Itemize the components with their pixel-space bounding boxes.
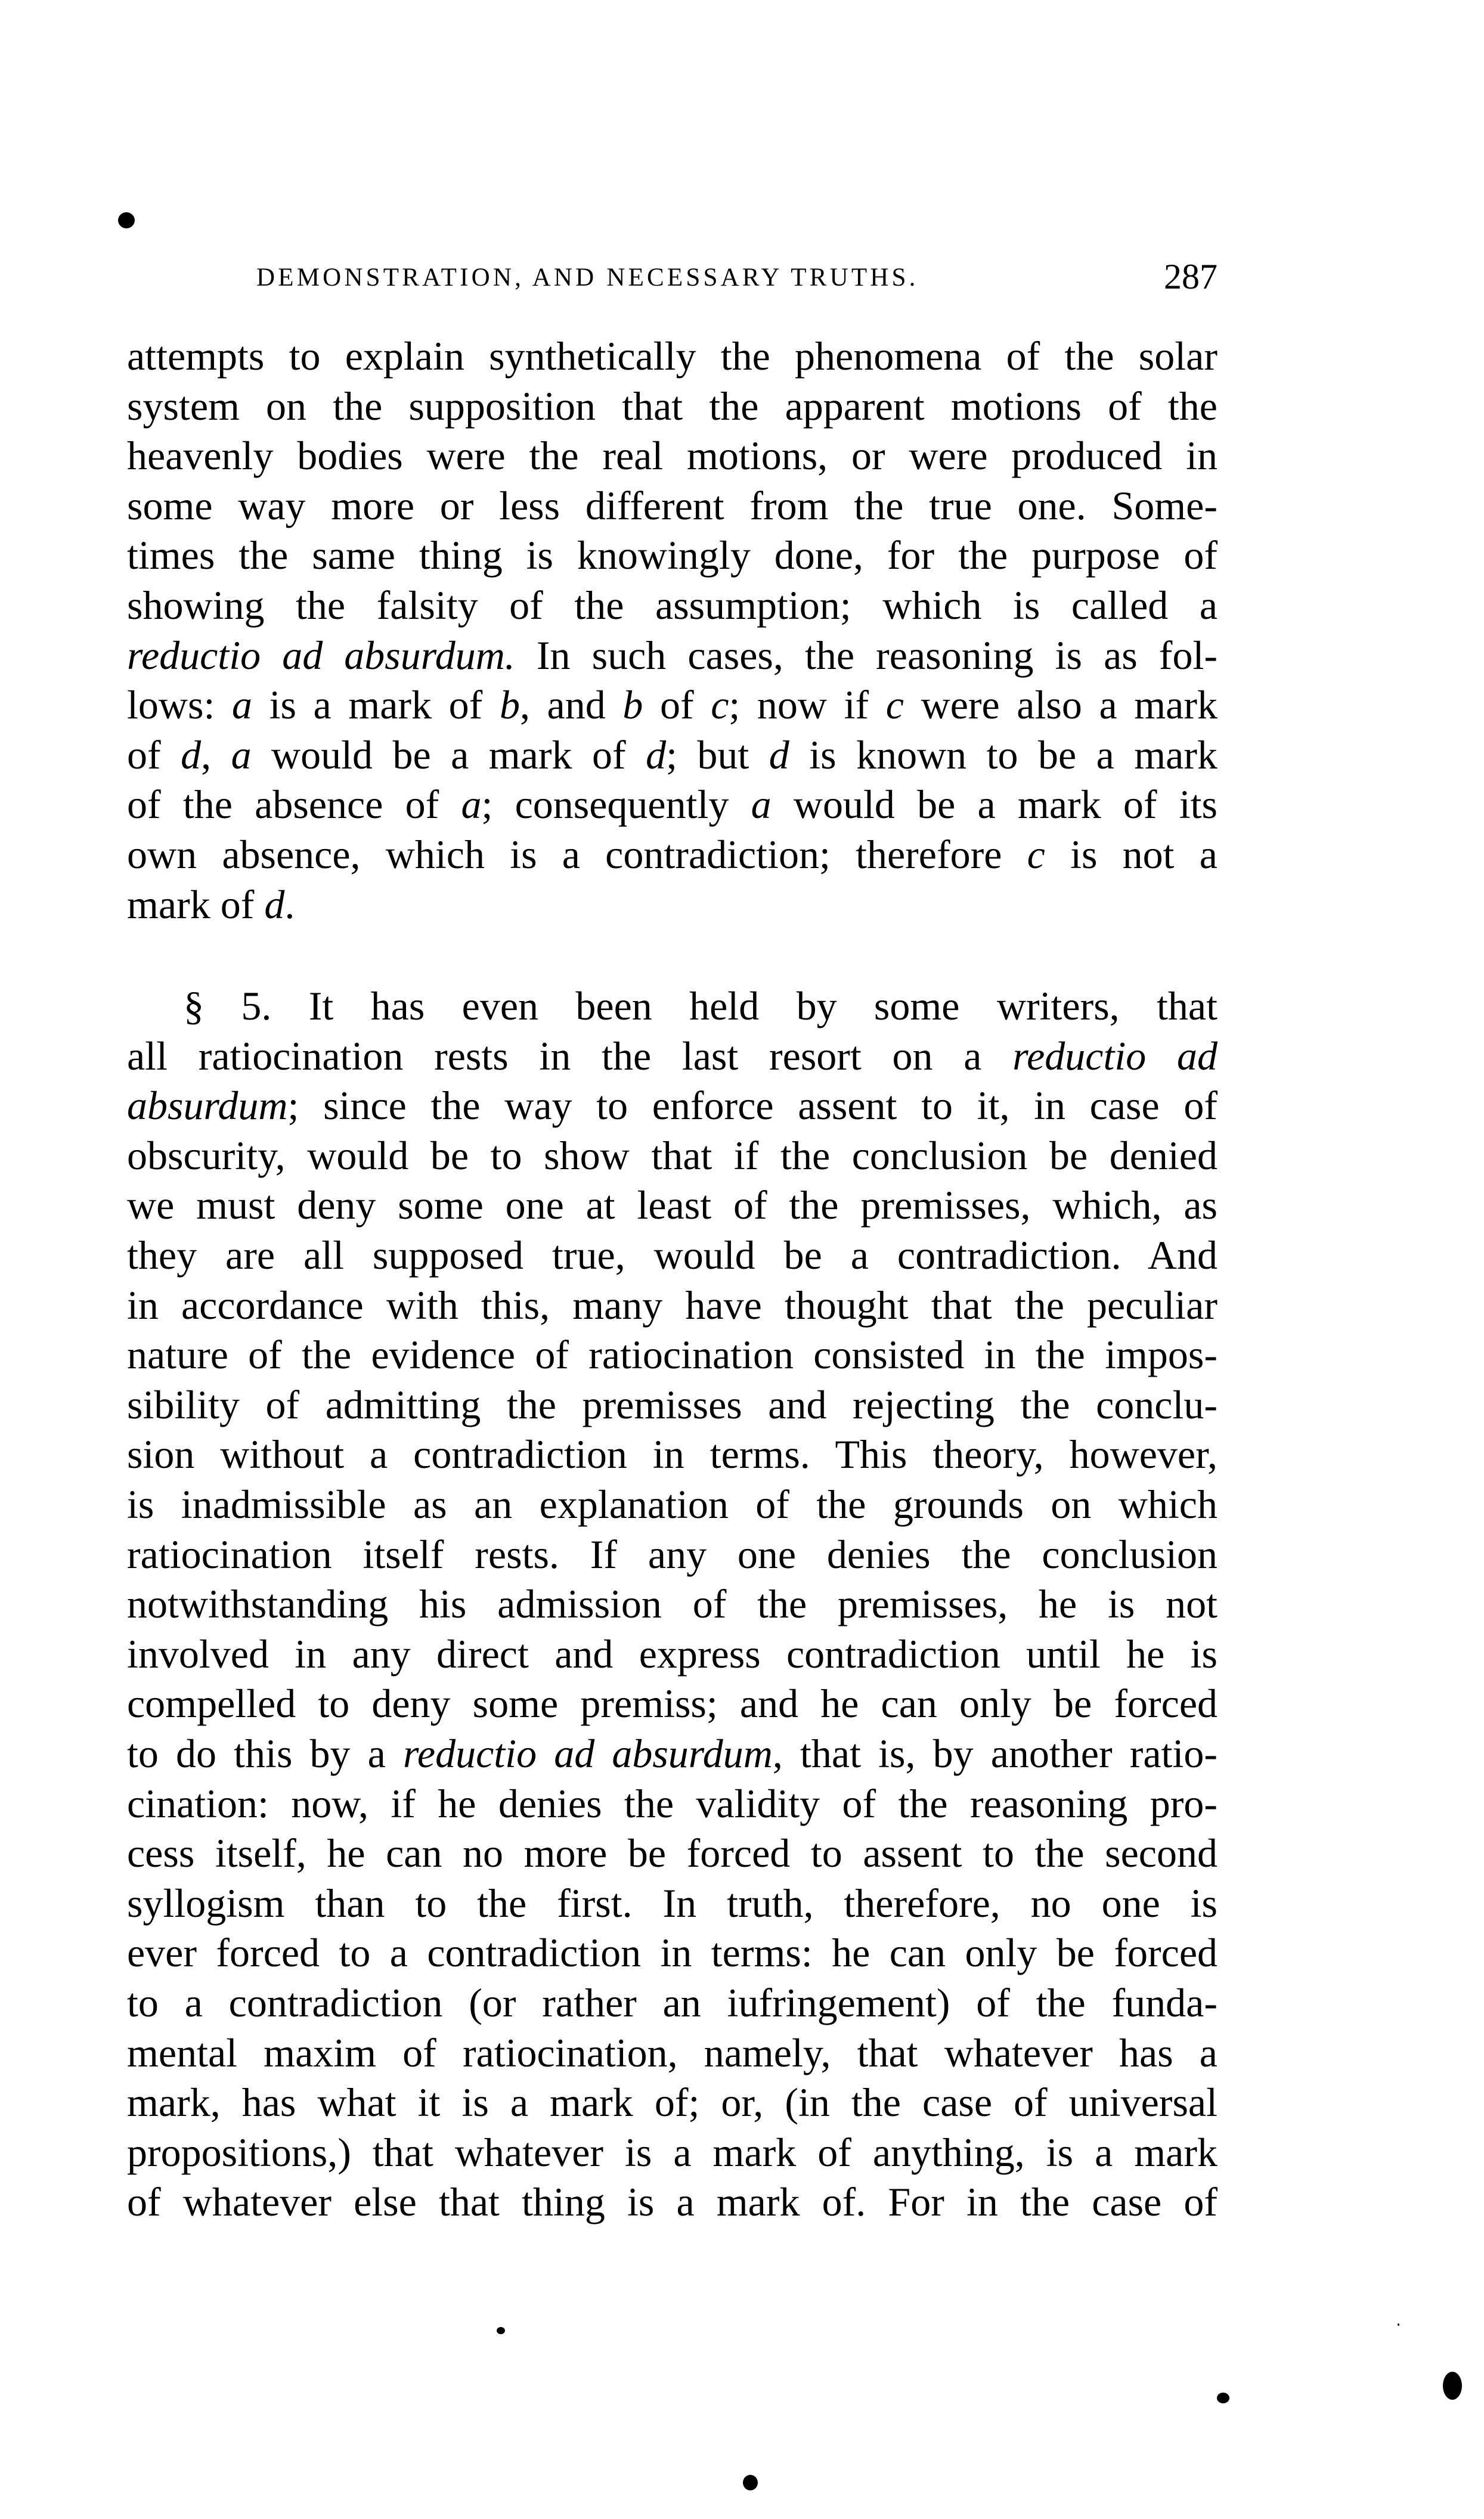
- text-run: mental maxim of ratiocination, namely, t…: [127, 2030, 1217, 2075]
- text-line: times the same thing is knowingly done, …: [127, 530, 1217, 580]
- italic-text: c: [1027, 832, 1045, 877]
- text-line: nature of the evidence of ratiocination …: [127, 1330, 1217, 1380]
- italic-text: d: [264, 882, 284, 927]
- italic-text: a: [232, 682, 252, 727]
- italic-text: c: [711, 682, 729, 727]
- text-line: cination: now, if he denies the validity…: [127, 1779, 1217, 1829]
- text-line: attempts to explain synthetically the ph…: [127, 331, 1217, 381]
- text-line: ratiocination itself rests. If any one d…: [127, 1529, 1217, 1579]
- text-run: notwithstanding his admission of the pre…: [127, 1581, 1217, 1626]
- italic-text: c: [886, 682, 904, 727]
- text-run: § 5. It has even been held by some write…: [184, 983, 1217, 1028]
- text-run: is known to be a mark: [789, 732, 1217, 777]
- italic-text: absurdum: [127, 1083, 288, 1128]
- text-run: syllogism than to the first. In truth, t…: [127, 1880, 1217, 1926]
- italic-text: d: [769, 732, 789, 777]
- text-line: sion without a contradiction in terms. T…: [127, 1429, 1217, 1479]
- text-line: ever forced to a contradiction in terms:…: [127, 1928, 1217, 1978]
- text-run: involved in any direct and express contr…: [127, 1631, 1217, 1677]
- running-head: Demonstration, and necessary truths. 287: [256, 262, 1217, 298]
- text-run: compelled to deny some premiss; and he c…: [127, 1681, 1217, 1726]
- text-line: mental maxim of ratiocination, namely, t…: [127, 2028, 1217, 2078]
- italic-text: a: [461, 782, 481, 827]
- text-run: In such cases, the reasoning is as fol-: [515, 633, 1217, 678]
- text-line: heavenly bodies were the real motions, o…: [127, 430, 1217, 481]
- text-line: mark of d.: [127, 879, 1217, 929]
- text-line: obscurity, would be to show that if the …: [127, 1130, 1217, 1181]
- italic-text: d: [181, 732, 201, 777]
- text-run: ever forced to a contradiction in terms:…: [127, 1930, 1217, 1975]
- text-line: system on the supposition that the appar…: [127, 381, 1217, 431]
- italic-text: reductio ad absurdum.: [127, 633, 515, 678]
- italic-text: reductio ad absurdum: [403, 1731, 773, 1776]
- text-run: ; but: [666, 732, 769, 777]
- text-run: mark, has what it is a mark of; or, (in …: [127, 2080, 1217, 2125]
- book-page: Demonstration, and necessary truths. 287…: [0, 0, 1484, 2519]
- text-run: is a mark of: [252, 682, 500, 727]
- ink-speck: [1443, 2372, 1462, 2400]
- text-run: .: [284, 882, 295, 927]
- ink-speck: [497, 2327, 505, 2334]
- text-line: we must deny some one at least of the pr…: [127, 1180, 1217, 1230]
- text-line: of the absence of a; consequently a woul…: [127, 779, 1217, 829]
- text-line: reductio ad absurdum. In such cases, the…: [127, 630, 1217, 680]
- text-run: own absence, which is a contradiction; t…: [127, 832, 1027, 877]
- text-run: heavenly bodies were the real motions, o…: [127, 433, 1217, 478]
- text-run: , and: [520, 682, 622, 727]
- text-line: to do this by a reductio ad absurdum, th…: [127, 1728, 1217, 1779]
- text-run: mark of: [127, 882, 264, 927]
- text-run: cess itself, he can no more be forced to…: [127, 1830, 1217, 1876]
- text-run: is not a: [1045, 832, 1217, 877]
- text-line: compelled to deny some premiss; and he c…: [127, 1678, 1217, 1728]
- text-line: all ratiocination rests in the last reso…: [127, 1031, 1217, 1081]
- text-line: syllogism than to the first. In truth, t…: [127, 1878, 1217, 1928]
- italic-text: reductio ad: [1012, 1033, 1217, 1079]
- text-run: to a contradiction (or rather an iufring…: [127, 1980, 1217, 2025]
- text-line: showing the falsity of the assumption; w…: [127, 580, 1217, 630]
- text-run: ,: [201, 732, 231, 777]
- text-run: of: [127, 732, 181, 777]
- text-line: to a contradiction (or rather an iufring…: [127, 1978, 1217, 2028]
- text-run: ratiocination itself rests. If any one d…: [127, 1532, 1217, 1577]
- text-line: notwithstanding his admission of the pre…: [127, 1579, 1217, 1629]
- text-run: of the absence of: [127, 782, 461, 827]
- text-run: they are all supposed true, would be a c…: [127, 1232, 1217, 1278]
- text-run: showing the falsity of the assumption; w…: [127, 583, 1217, 628]
- text-line: is inadmissible as an explanation of the…: [127, 1479, 1217, 1529]
- italic-text: a: [751, 782, 772, 827]
- italic-text: b: [500, 682, 520, 727]
- italic-text: a: [231, 732, 252, 777]
- text-run: we must deny some one at least of the pr…: [127, 1182, 1217, 1228]
- text-run: in accordance with this, many have thoug…: [127, 1282, 1217, 1328]
- text-run: lows:: [127, 682, 232, 727]
- text-line: they are all supposed true, would be a c…: [127, 1230, 1217, 1280]
- text-run: were also a mark: [904, 682, 1217, 727]
- text-run: would be a mark of its: [772, 782, 1217, 827]
- text-line: of d, a would be a mark of d; but d is k…: [127, 730, 1217, 780]
- text-run: is inadmissible as an explanation of the…: [127, 1482, 1217, 1527]
- text-line: in accordance with this, many have thoug…: [127, 1280, 1217, 1330]
- text-run: , that is, by another ratio-: [773, 1731, 1217, 1776]
- text-run: system on the supposition that the appar…: [127, 383, 1217, 429]
- page-number: 287: [1164, 259, 1217, 295]
- text-run: of: [643, 682, 711, 727]
- text-line: lows: a is a mark of b, and b of c; now …: [127, 680, 1217, 730]
- text-line: cess itself, he can no more be forced to…: [127, 1828, 1217, 1878]
- text-run: ; since the way to enforce assent to it,…: [288, 1083, 1217, 1128]
- ink-speck: [743, 2475, 758, 2490]
- text-line: § 5. It has even been held by some write…: [184, 981, 1217, 1031]
- text-line: propositions,) that whatever is a mark o…: [127, 2127, 1217, 2177]
- text-run: obscurity, would be to show that if the …: [127, 1133, 1217, 1178]
- text-run: attempts to explain synthetically the ph…: [127, 333, 1217, 379]
- text-run: some way more or less different from the…: [127, 483, 1217, 528]
- text-line: absurdum; since the way to enforce assen…: [127, 1080, 1217, 1130]
- text-run: ; now if: [729, 682, 885, 727]
- text-run: cination: now, if he denies the validity…: [127, 1781, 1217, 1826]
- text-run: times the same thing is knowingly done, …: [127, 532, 1217, 578]
- text-line: sibility of admitting the premisses and …: [127, 1380, 1217, 1430]
- text-line: involved in any direct and express contr…: [127, 1629, 1217, 1679]
- text-line: of whatever else that thing is a mark of…: [127, 2177, 1217, 2227]
- text-run: sion without a contradiction in terms. T…: [127, 1432, 1217, 1477]
- text-run: would be a mark of: [252, 732, 646, 777]
- ink-speck: [118, 212, 135, 228]
- italic-text: b: [622, 682, 643, 727]
- text-line: own absence, which is a contradiction; t…: [127, 829, 1217, 879]
- text-run: to do this by a: [127, 1731, 403, 1776]
- text-run: propositions,) that whatever is a mark o…: [127, 2130, 1217, 2175]
- ink-speck: [1217, 2393, 1229, 2403]
- text-line: some way more or less different from the…: [127, 481, 1217, 531]
- text-run: nature of the evidence of ratiocination …: [127, 1332, 1217, 1377]
- text-run: all ratiocination rests in the last reso…: [127, 1033, 1012, 1079]
- ink-speck: [1398, 2323, 1399, 2326]
- text-run: of whatever else that thing is a mark of…: [127, 2179, 1217, 2224]
- text-run: ; consequently: [481, 782, 751, 827]
- text-line: mark, has what it is a mark of; or, (in …: [127, 2077, 1217, 2127]
- text-run: sibility of admitting the premisses and …: [127, 1382, 1217, 1427]
- running-title: Demonstration, and necessary truths.: [256, 262, 919, 293]
- italic-text: d: [646, 732, 666, 777]
